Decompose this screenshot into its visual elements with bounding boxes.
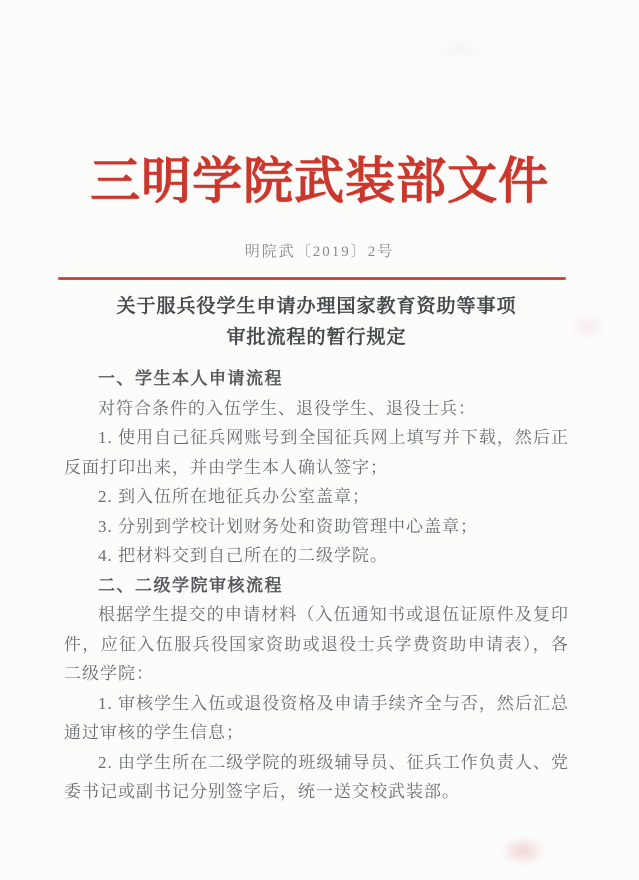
section-1-heading: 一、学生本人申请流程 — [64, 364, 569, 394]
section-1-step-2: 2. 到入伍所在地征兵办公室盖章； — [64, 482, 569, 512]
section-1-intro: 对符合条件的入伍学生、退役学生、退役士兵： — [64, 394, 569, 424]
document-title: 关于服兵役学生申请办理国家教育资助等事项 审批流程的暂行规定 — [64, 291, 569, 353]
section-2-step-1: 1. 审核学生入伍或退役资格及申请手续齐全与否，然后汇总通过审核的学生信息； — [64, 689, 569, 748]
scanned-document-page: 三明学院武装部文件 明院武〔2019〕2号 关于服兵役学生申请办理国家教育资助等… — [0, 0, 639, 880]
section-2-intro: 根据学生提交的申请材料（入伍通知书或退伍证原件及复印件，应征入伍服兵役国家资助或… — [64, 600, 569, 689]
scan-artifact-smudge — [430, 36, 490, 62]
document-reference-number: 明院武〔2019〕2号 — [0, 240, 639, 261]
red-divider-line — [58, 277, 566, 280]
scan-artifact-smudge — [568, 312, 608, 340]
document-header-org-title: 三明学院武装部文件 — [0, 150, 639, 212]
scan-artifact-smudge — [500, 836, 546, 866]
document-body: 一、学生本人申请流程 对符合条件的入伍学生、退役学生、退役士兵： 1. 使用自己… — [64, 364, 569, 807]
section-1-step-4: 4. 把材料交到自己所在的二级学院。 — [64, 541, 569, 571]
section-1-step-1: 1. 使用自己征兵网账号到全国征兵网上填写并下载，然后正反面打印出来，并由学生本… — [64, 423, 569, 482]
section-2-step-2: 2. 由学生所在二级学院的班级辅导员、征兵工作负责人、党委书记或副书记分别签字后… — [64, 748, 569, 807]
section-1-step-3: 3. 分别到学校计划财务处和资助管理中心盖章； — [64, 512, 569, 542]
document-title-line2: 审批流程的暂行规定 — [64, 322, 569, 353]
section-2-heading: 二、二级学院审核流程 — [64, 571, 569, 601]
document-title-line1: 关于服兵役学生申请办理国家教育资助等事项 — [64, 291, 569, 322]
